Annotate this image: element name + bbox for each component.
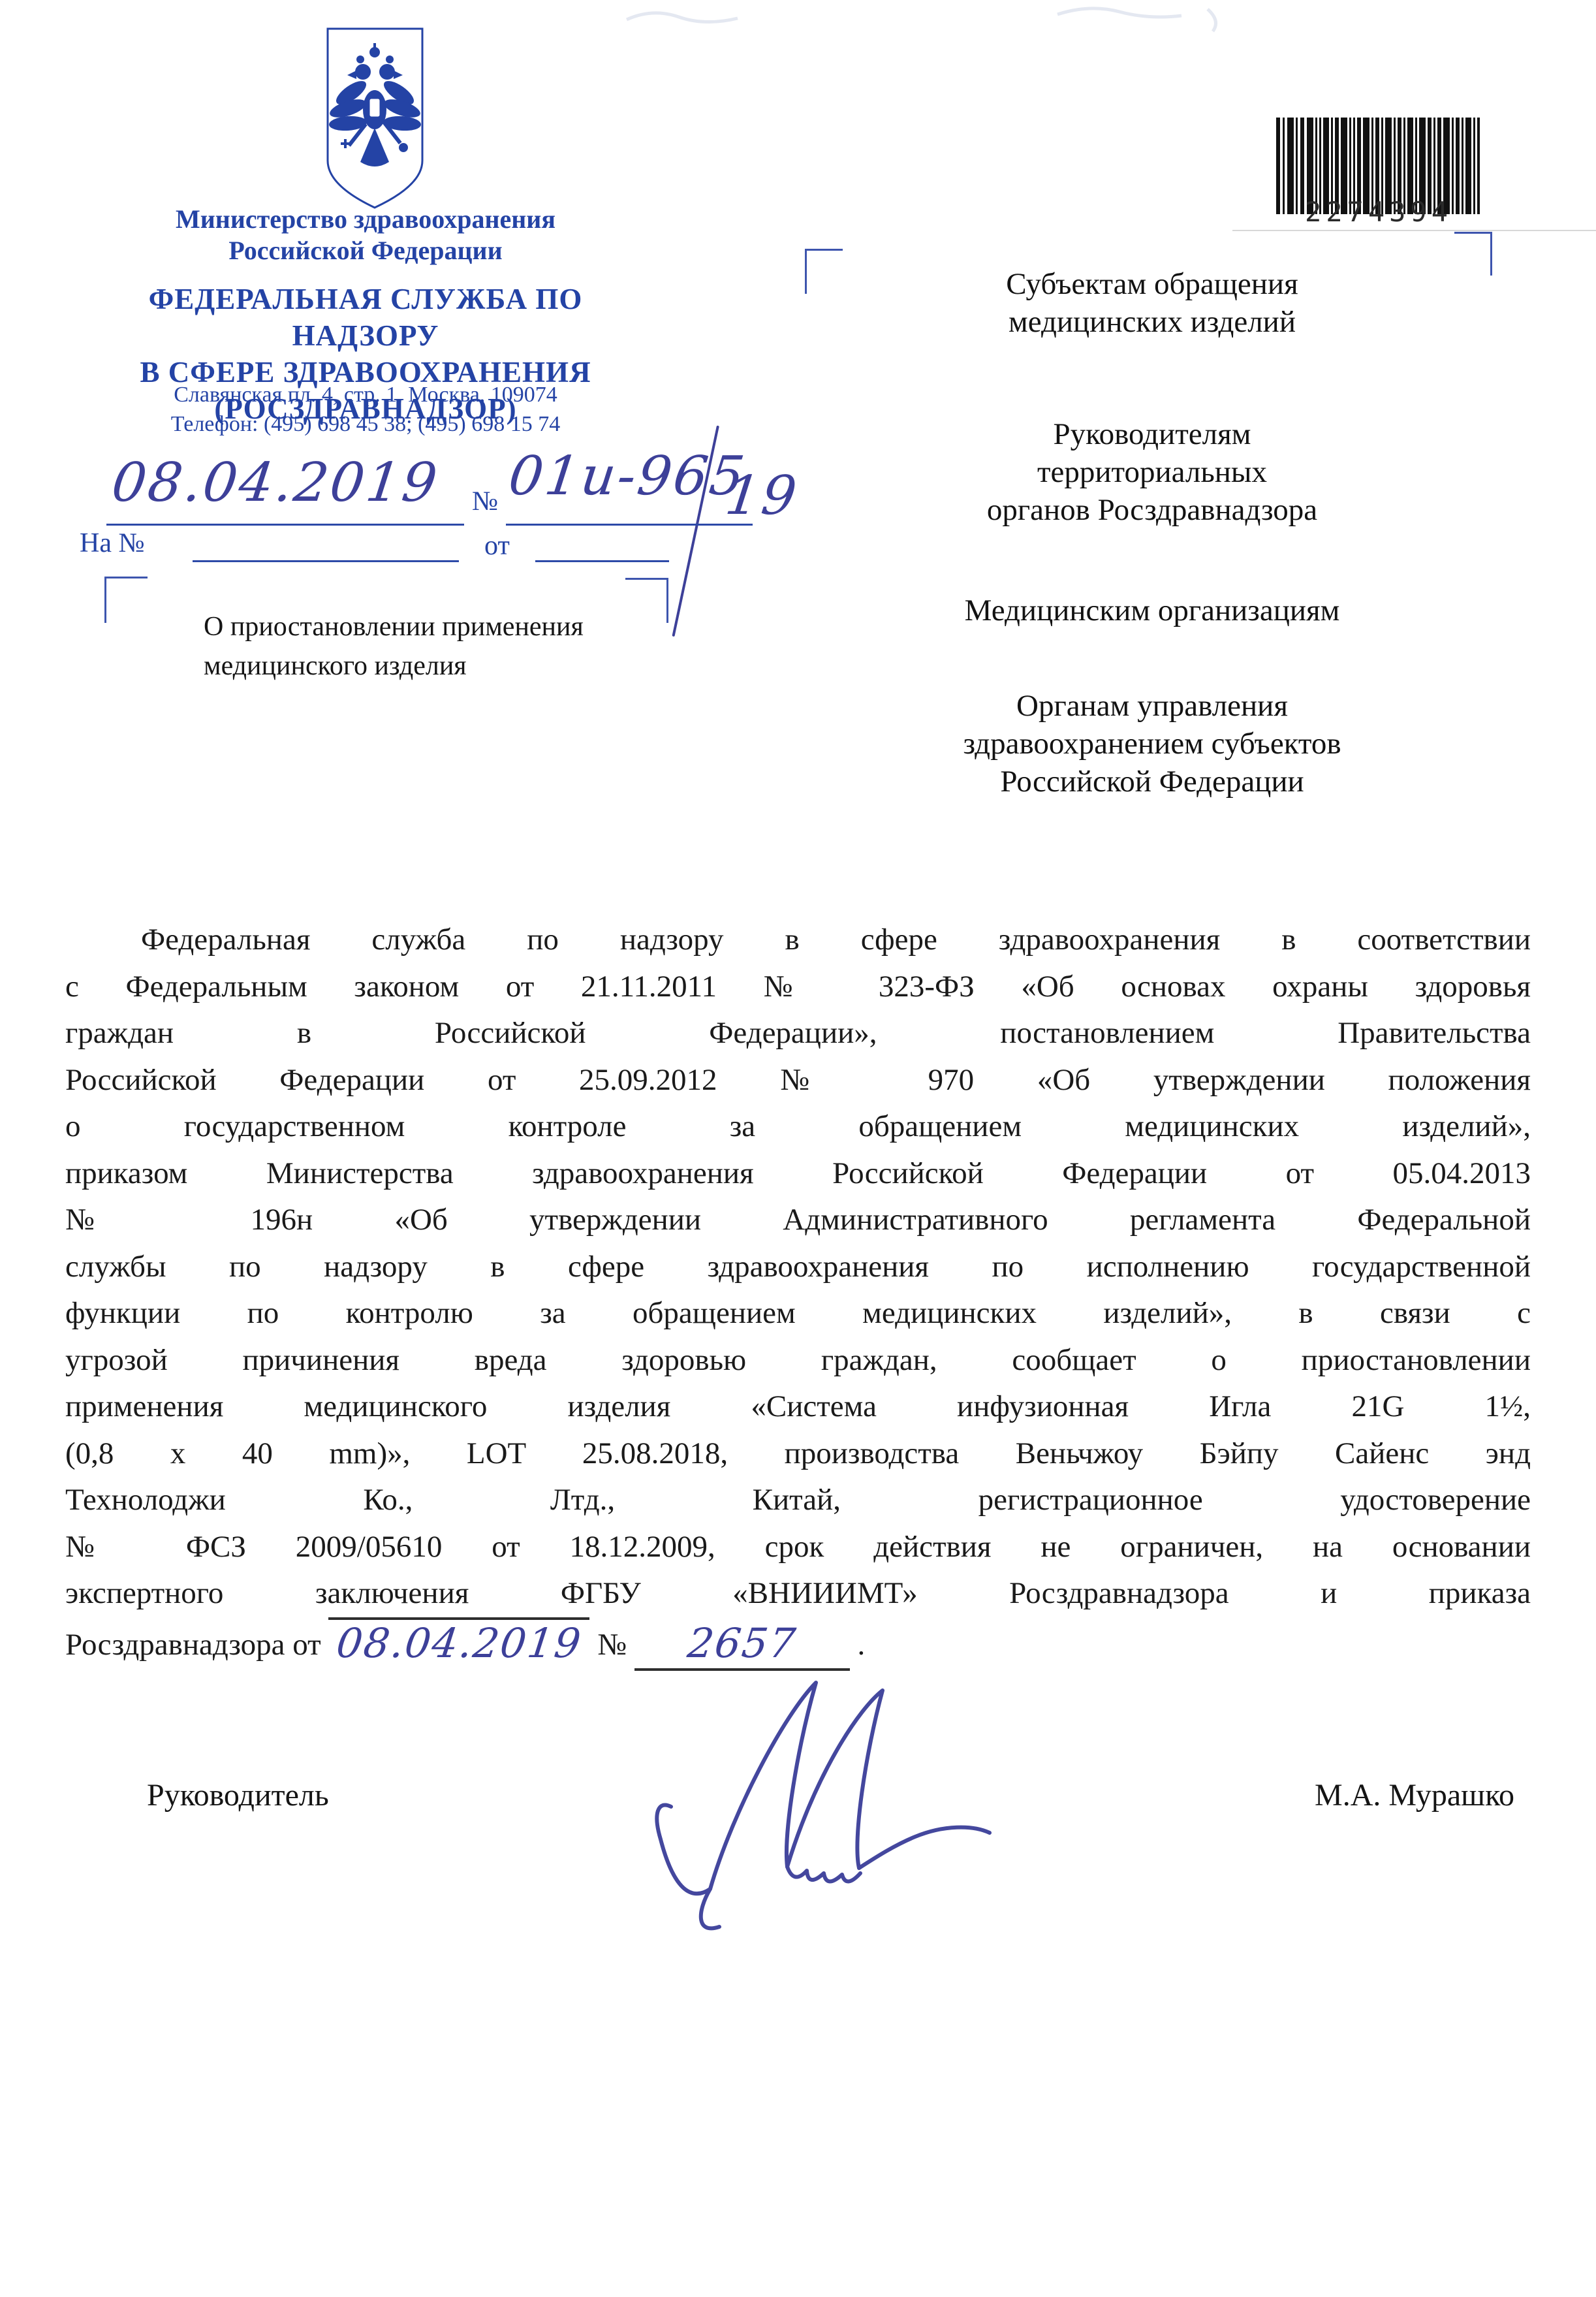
body-line: Технолоджи Ко., Лтд., Китай, регистрацио… (65, 1477, 1531, 1524)
addressee-4: Органам управления здравоохранением субъ… (809, 687, 1495, 800)
addressee-4-line-2: здравоохранением субъектов (809, 725, 1495, 763)
body-line: функции по контролю за обращением медици… (65, 1290, 1531, 1337)
addressee-1: Субъектам обращения медицинских изделий (809, 265, 1495, 341)
subject-line-2: медицинского изделия (204, 646, 584, 686)
handwritten-outgoing-date: 08.04.2019 (108, 452, 442, 514)
body-line: № 196н «Об утверждении Административного… (65, 1197, 1531, 1244)
barcode-digits: 2274394 (1274, 196, 1483, 228)
body-line: Федеральная служба по надзору в сфере зд… (65, 917, 1531, 964)
closing-period: . (858, 1628, 866, 1662)
body-line: о государственном контроле за обращением… (65, 1103, 1531, 1150)
date-underline (106, 524, 464, 526)
addressee-2-line-1: Руководителям (809, 415, 1495, 453)
addressee-2-line-3: органов Росздравнадзора (809, 491, 1495, 529)
handwritten-outgoing-number-year: 19 (722, 465, 802, 527)
addressee-4-line-3: Российской Федерации (809, 763, 1495, 800)
number-sign-label: № (472, 486, 498, 517)
signature-stroke (620, 1668, 1064, 1995)
addressee-block: Субъектам обращения медицинских изделий … (809, 265, 1495, 800)
closing-prefix: Росздравнадзора от (65, 1628, 321, 1662)
signer-name: М.А. Мурашко (1234, 1777, 1514, 1813)
body-line: граждан в Российской Федерации», постано… (65, 1010, 1531, 1057)
reference-date-blank (535, 560, 669, 562)
number-underline (506, 524, 753, 526)
addressee-2: Руководителям территориальных органов Ро… (809, 415, 1495, 529)
closing-number-blank: 2657 (634, 1617, 850, 1671)
signer-position: Руководитель (147, 1777, 329, 1813)
body-closing-line: Росздравнадзора от 08.04.2019 № 2657 . (65, 1617, 1531, 1671)
closing-date-blank: 08.04.2019 (328, 1617, 589, 1620)
body-line: № ФСЗ 2009/05610 от 18.12.2009, срок дей… (65, 1524, 1531, 1571)
ministry-line-1: Министерство здравоохранения (78, 204, 653, 235)
subject-zone-corner-left (104, 577, 148, 623)
ministry-name: Министерство здравоохранения Российской … (78, 204, 653, 266)
addressee-2-line-2: территориальных (809, 453, 1495, 491)
body-line: Российской Федерации от 25.09.2012 № 970… (65, 1057, 1531, 1104)
addressee-4-line-1: Органам управления (809, 687, 1495, 725)
handwritten-order-date: 08.04.2019 (334, 1620, 585, 1667)
addressee-3-line-1: Медицинским организациям (809, 592, 1495, 629)
reference-number-label: На № (80, 528, 145, 559)
addressee-1-line-2: медицинских изделий (809, 303, 1495, 341)
reference-from-label: от (484, 530, 510, 562)
ministry-line-2: Российской Федерации (78, 235, 653, 266)
subject-line-1: О приостановлении применения (204, 607, 584, 646)
letter-subject: О приостановлении применения медицинског… (204, 607, 584, 686)
scan-fold-line (1232, 230, 1596, 231)
body-line: (0,8 х 40 mm)», LOT 25.08.2018, производ… (65, 1431, 1531, 1478)
closing-no-label: № (597, 1628, 627, 1662)
subject-zone-corner-right (625, 578, 668, 623)
phone-line: Телефон: (495) 698 45 38; (495) 698 15 7… (78, 409, 653, 439)
contact-block: Славянская пл. 4, стр. 1, Москва, 109074… (78, 380, 653, 439)
service-line-1: ФЕДЕРАЛЬНАЯ СЛУЖБА ПО НАДЗОРУ (78, 281, 653, 354)
letter-body: Федеральная служба по надзору в сфере зд… (65, 917, 1531, 1671)
scan-artifact-marks (587, 0, 1371, 39)
coat-of-arms-russia (321, 24, 429, 213)
body-line: угрозой причинения вреда здоровью гражда… (65, 1337, 1531, 1384)
addressee-3: Медицинским организациям (809, 592, 1495, 629)
addressee-1-line-1: Субъектам обращения (809, 265, 1495, 303)
address-line: Славянская пл. 4, стр. 1, Москва, 109074 (78, 380, 653, 409)
body-line: приказом Министерства здравоохранения Ро… (65, 1150, 1531, 1197)
body-line: с Федеральным законом от 21.11.2011 № 32… (65, 964, 1531, 1011)
reference-number-blank (193, 560, 459, 562)
body-line: экспертного заключения ФГБУ «ВНИИИМТ» Ро… (65, 1570, 1531, 1617)
handwritten-order-number: 2657 (685, 1620, 799, 1667)
body-line: применения медицинского изделия «Система… (65, 1384, 1531, 1431)
body-line: службы по надзору в сфере здравоохранени… (65, 1244, 1531, 1291)
scanned-letter-page: Министерство здравоохранения Российской … (0, 0, 1596, 2297)
